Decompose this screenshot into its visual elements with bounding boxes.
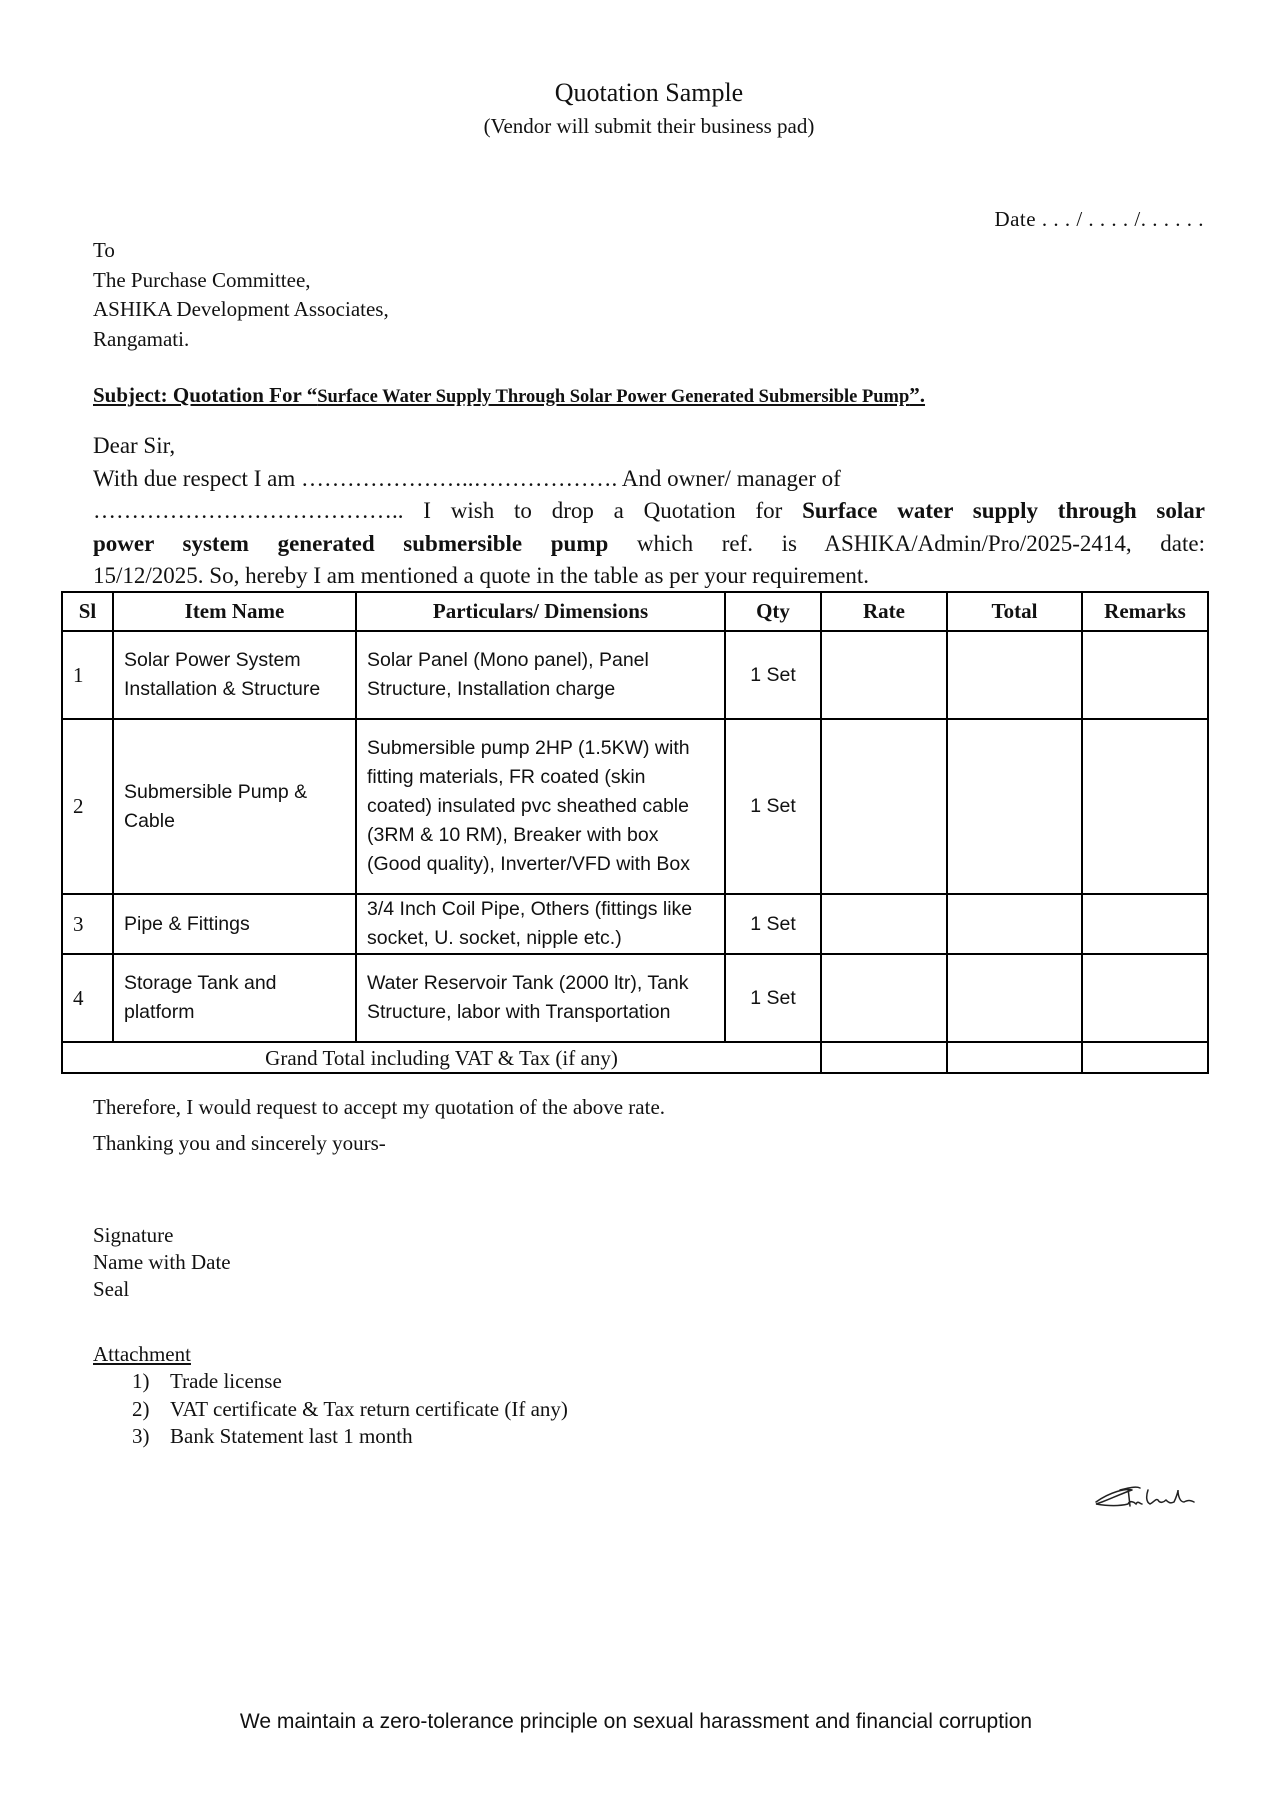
footer-policy: We maintain a zero-tolerance principle o… [0,1710,1272,1734]
body-line-2-plain: ………………………………….. I wish to drop a Quotati… [93,498,802,523]
cell-qty: 1 Set [725,719,821,894]
cell-sl: 3 [62,894,113,954]
cell-total[interactable] [947,719,1082,894]
header-particulars: Particulars/ Dimensions [356,592,725,631]
cell-item: Solar Power System Installation & Struct… [113,631,356,719]
list-text: Trade license [170,1368,282,1396]
recipient-to: To [93,236,389,266]
cell-particulars: Water Reservoir Tank (2000 ltr), Tank St… [356,954,725,1042]
grand-total-remarks[interactable] [1082,1042,1208,1073]
recipient-line-3: Rangamati. [93,325,389,355]
body-line-3-plain: which ref. is ASHIKA/Admin/Pro/2025-2414… [608,531,1205,556]
list-number: 2) [132,1396,170,1424]
recipient-line-1: The Purchase Committee, [93,266,389,296]
body-line-4: 15/12/2025. So, hereby I am mentioned a … [93,560,1205,593]
subject-line: Subject: Quotation For “Surface Water Su… [93,383,925,408]
list-item: 3)Bank Statement last 1 month [132,1423,568,1451]
cell-sl: 1 [62,631,113,719]
grand-total-label: Grand Total including VAT & Tax (if any) [62,1042,821,1073]
seal-label: Seal [93,1276,231,1303]
body-line-2: ………………………………….. I wish to drop a Quotati… [93,495,1205,528]
cell-rate[interactable] [821,631,947,719]
table-row: 3 Pipe & Fittings 3/4 Inch Coil Pipe, Ot… [62,894,1208,954]
list-item: 2)VAT certificate & Tax return certifica… [132,1396,568,1424]
body-line-1: With due respect I am …………………..………………. A… [93,463,1205,496]
word: owner/ [667,466,731,491]
cell-remarks[interactable] [1082,954,1208,1042]
list-item: 1)Trade license [132,1368,568,1396]
closing-line-1: Therefore, I would request to accept my … [93,1089,665,1125]
table-header-row: Sl Item Name Particulars/ Dimensions Qty… [62,592,1208,631]
attachment-heading: Attachment [93,1342,191,1367]
body-line-2-bold: Surface water supply through solar [802,498,1205,523]
header-sl: Sl [62,592,113,631]
grand-total-rate[interactable] [821,1042,947,1073]
date-line: Date . . . / . . . . /. . . . . . [994,207,1204,232]
word: And [622,466,662,491]
quotation-table: Sl Item Name Particulars/ Dimensions Qty… [61,591,1209,1074]
cell-remarks[interactable] [1082,894,1208,954]
signature-label: Signature [93,1222,231,1249]
subject-suffix: ”. [909,383,925,407]
closing-line-2: Thanking you and sincerely yours- [93,1125,665,1161]
document-title: Quotation Sample [0,78,1272,108]
header-total: Total [947,592,1082,631]
cell-total[interactable] [947,631,1082,719]
document-subtitle: (Vendor will submit their business pad) [0,114,1272,139]
table-row: 4 Storage Tank and platform Water Reserv… [62,954,1208,1042]
word: manager [737,466,816,491]
header-qty: Qty [725,592,821,631]
name-blank: …………………..………………. [301,466,617,491]
salutation: Dear Sir, [93,430,1205,463]
sign-block: Signature Name with Date Seal [93,1222,231,1303]
cell-total[interactable] [947,954,1082,1042]
cell-rate[interactable] [821,954,947,1042]
cell-sl: 2 [62,719,113,894]
word: respect [183,466,248,491]
list-text: VAT certificate & Tax return certificate… [170,1396,568,1424]
header-remarks: Remarks [1082,592,1208,631]
attachment-list: 1)Trade license 2)VAT certificate & Tax … [132,1368,568,1451]
word: With [93,466,138,491]
cell-item: Pipe & Fittings [113,894,356,954]
name-date-label: Name with Date [93,1249,231,1276]
word: I [254,466,262,491]
cell-item: Submersible Pump & Cable [113,719,356,894]
header-rate: Rate [821,592,947,631]
cell-qty: 1 Set [725,954,821,1042]
body-line-3: power system generated submersible pump … [93,528,1205,561]
cell-sl: 4 [62,954,113,1042]
cell-qty: 1 Set [725,631,821,719]
cell-item: Storage Tank and platform [113,954,356,1042]
list-number: 3) [132,1423,170,1451]
cell-particulars: 3/4 Inch Coil Pipe, Others (fittings lik… [356,894,725,954]
subject-topic: Surface Water Supply Through Solar Power… [317,387,909,407]
word: am [267,466,295,491]
recipient-address: To The Purchase Committee, ASHIKA Develo… [93,236,389,354]
closing: Therefore, I would request to accept my … [93,1089,665,1161]
cell-qty: 1 Set [725,894,821,954]
list-number: 1) [132,1368,170,1396]
cell-remarks[interactable] [1082,719,1208,894]
table-row: 2 Submersible Pump & Cable Submersible p… [62,719,1208,894]
letter-body: Dear Sir, With due respect I am ………………….… [93,430,1205,593]
body-line-3-bold: power system generated submersible pump [93,531,608,556]
grand-total-row: Grand Total including VAT & Tax (if any) [62,1042,1208,1073]
header-item-name: Item Name [113,592,356,631]
grand-total-total[interactable] [947,1042,1082,1073]
word: due [144,466,177,491]
cell-total[interactable] [947,894,1082,954]
word: of [822,466,841,491]
cell-rate[interactable] [821,894,947,954]
cell-particulars: Solar Panel (Mono panel), Panel Structur… [356,631,725,719]
subject-prefix: Subject: Quotation For “ [93,383,317,407]
recipient-line-2: ASHIKA Development Associates, [93,295,389,325]
cell-particulars: Submersible pump 2HP (1.5KW) with fittin… [356,719,725,894]
table-row: 1 Solar Power System Installation & Stru… [62,631,1208,719]
cell-rate[interactable] [821,719,947,894]
list-text: Bank Statement last 1 month [170,1423,413,1451]
handwritten-signature-icon [1090,1480,1200,1520]
cell-remarks[interactable] [1082,631,1208,719]
